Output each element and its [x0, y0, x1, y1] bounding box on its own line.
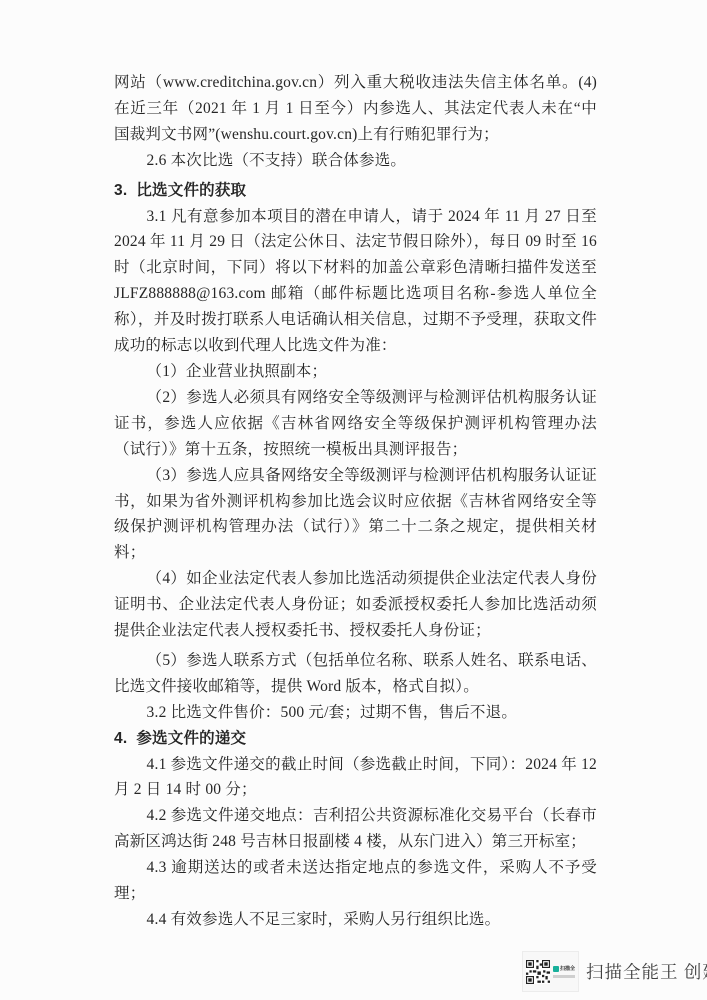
badge-brand-text: 扫描全能王	[560, 965, 575, 972]
watermark-caption: 扫描全能王 创建	[586, 959, 707, 984]
scanned-document-page: 网站（www.creditchina.gov.cn）列入重大税收违法失信主体名单…	[0, 0, 707, 1000]
section-heading: 4. 参选文件的递交	[114, 726, 597, 752]
list-item: （5）参选人联系方式（包括单位名称、联系人姓名、联系电话、比选文件接收邮箱等，提…	[114, 648, 597, 700]
section-heading: 3. 比选文件的获取	[114, 178, 597, 204]
paragraph: 4.3 逾期送达的或者未送达指定地点的参选文件，采购人不予受理；	[114, 855, 597, 907]
list-item: （1）企业营业执照副本；	[114, 359, 597, 385]
paragraph: 4.4 有效参选人不足三家时，采购人另行组织比选。	[114, 907, 597, 933]
badge-info: 扫描全能王	[553, 965, 575, 978]
document-content: 网站（www.creditchina.gov.cn）列入重大税收违法失信主体名单…	[114, 70, 597, 933]
list-item: （4）如企业法定代表人参加比选活动须提供企业法定代表人身份证明书、企业法定代表人…	[114, 566, 597, 644]
paragraph: 3.1 凡有意参加本项目的潜在申请人，请于 2024 年 11 月 27 日至 …	[114, 204, 597, 359]
paragraph: 2.6 本次比选（不支持）联合体参选。	[114, 148, 597, 174]
paragraph: 3.2 比选文件售价：500 元/套；过期不售，售后不退。	[114, 700, 597, 726]
badge-brand-row: 扫描全能王	[553, 965, 575, 972]
list-item: （2）参选人必须具有网络安全等级测评与检测评估机构服务认证证书，参选人应依据《吉…	[114, 385, 597, 463]
camscanner-logo-icon	[553, 966, 559, 972]
badge-fineprint	[553, 975, 575, 978]
paragraph: 4.1 参选文件递交的截止时间（参选截止时间，下同）：2024 年 12 月 2…	[114, 752, 597, 804]
qr-code-icon	[526, 960, 550, 984]
paragraph: 4.2 参选文件递交地点：吉利招公共资源标准化交易平台（长春市高新区鸿达街 24…	[114, 803, 597, 855]
paragraph: 网站（www.creditchina.gov.cn）列入重大税收违法失信主体名单…	[114, 70, 597, 148]
camscanner-badge: 扫描全能王	[522, 951, 579, 992]
camscanner-watermark: 扫描全能王 扫描全能王 创建	[522, 951, 707, 992]
list-item: （3）参选人应具备网络安全等级测评与检测评估机构服务认证证书，如果为省外测评机构…	[114, 463, 597, 567]
